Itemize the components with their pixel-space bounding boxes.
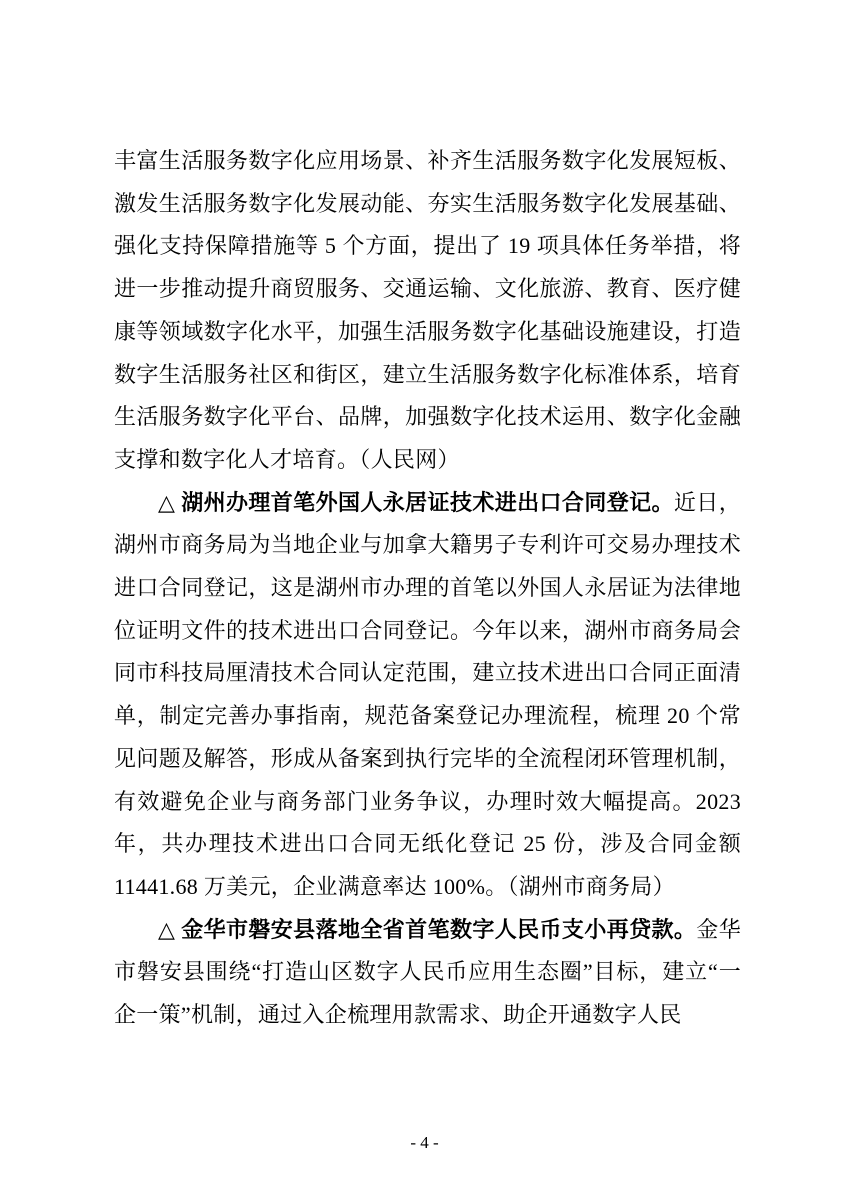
paragraph-heading: △ 湖州办理首笔外国人永居证技术进出口合同登记。: [158, 490, 674, 515]
paragraph-text: 丰富生活服务数字化应用场景、补齐生活服务数字化发展短板、激发生活服务数字化发展动…: [114, 148, 741, 472]
page-number: - 4 -: [0, 1133, 849, 1153]
paragraph-continuation: 丰富生活服务数字化应用场景、补齐生活服务数字化发展短板、激发生活服务数字化发展动…: [114, 140, 741, 482]
paragraph-huzhou: △ 湖州办理首笔外国人永居证技术进出口合同登记。近日，湖州市商务局为当地企业与加…: [114, 482, 741, 909]
document-page: 丰富生活服务数字化应用场景、补齐生活服务数字化发展短板、激发生活服务数字化发展动…: [0, 0, 849, 1200]
document-body: 丰富生活服务数字化应用场景、补齐生活服务数字化发展短板、激发生活服务数字化发展动…: [114, 140, 741, 1037]
paragraph-text: 近日，湖州市商务局为当地企业与加拿大籍男子专利许可交易办理技术进口合同登记，这是…: [114, 490, 741, 899]
paragraph-jinhua: △ 金华市磐安县落地全省首笔数字人民币支小再贷款。金华市磐安县围绕“打造山区数字…: [114, 909, 741, 1037]
paragraph-heading: △ 金华市磐安县落地全省首笔数字人民币支小再贷款。: [158, 917, 696, 942]
